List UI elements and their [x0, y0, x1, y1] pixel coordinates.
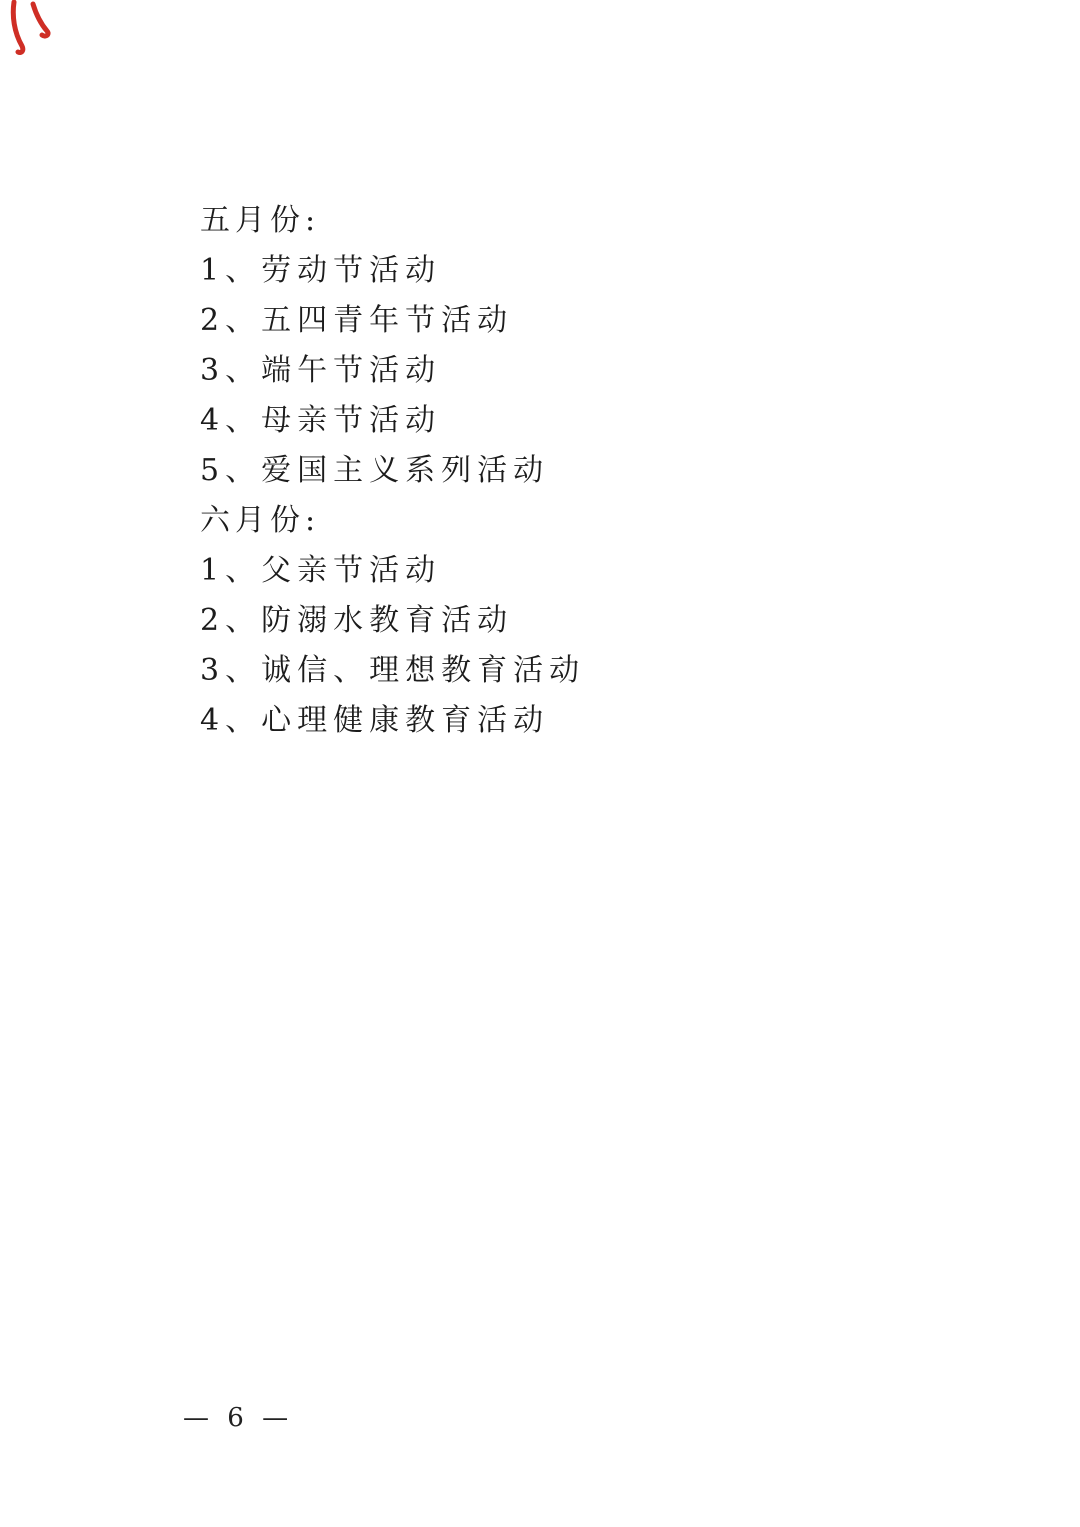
list-item: 1、父亲节活动 — [200, 546, 900, 596]
section-heading-may: 五月份: — [200, 196, 900, 246]
red-ink-stroke-2 — [33, 4, 48, 36]
list-item: 4、母亲节活动 — [200, 396, 900, 446]
list-item: 4、心理健康教育活动 — [200, 696, 900, 746]
document-body: 五月份: 1、劳动节活动 2、五四青年节活动 3、端午节活动 4、母亲节活动 5… — [200, 196, 900, 746]
list-item: 1、劳动节活动 — [200, 246, 900, 296]
list-item: 3、诚信、理想教育活动 — [200, 646, 900, 696]
page-number: — 6 — — [183, 1403, 293, 1433]
list-item: 2、五四青年节活动 — [200, 296, 900, 346]
list-item: 5、爱国主义系列活动 — [200, 446, 900, 496]
list-item: 2、防溺水教育活动 — [200, 596, 900, 646]
document-page: 五月份: 1、劳动节活动 2、五四青年节活动 3、端午节活动 4、母亲节活动 5… — [0, 0, 1080, 1527]
red-ink-mark — [0, 0, 60, 70]
section-heading-june: 六月份: — [200, 496, 900, 546]
list-item: 3、端午节活动 — [200, 346, 900, 396]
red-ink-stroke-1 — [13, 2, 23, 53]
